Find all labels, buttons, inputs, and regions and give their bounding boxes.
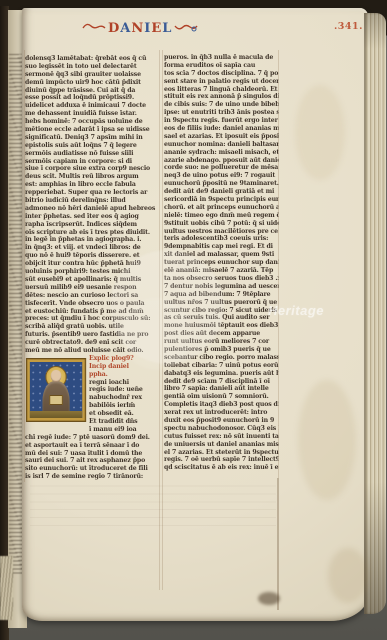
text-line: forma eruditos oī sapīa cau: [164, 62, 278, 70]
text-line: deus scit. Multis reū libros argum: [25, 173, 157, 181]
parchment-stain: [298, 380, 356, 500]
text-line: uultus uestros macilētiores pre ce: [164, 228, 278, 236]
daniel-text-block-left: chī regē iude: 7 ptē uasorū dom9 dei.et …: [25, 434, 157, 481]
text-line: epistolis suis aūt loq̄ns 7 q̄ legere: [25, 142, 157, 150]
text-line: neq3 de uino potus ei9: 7 rogauit: [164, 172, 278, 180]
text-line: azarie abdenago. pposuit aūt daniel ī: [164, 157, 278, 165]
watermark-text: Heritage: [268, 303, 324, 318]
text-line: nabuchodnr̄ rex: [89, 394, 157, 402]
text-line: oīs scripture ab eis ī tres ptes diuidit…: [25, 229, 157, 237]
text-line: demū impūcto uir9 hoc cātū p̄dixit: [25, 79, 157, 87]
text-line: stituit eis rex annonā p̄ singulos die: [164, 93, 278, 101]
text-line: 9dempnabitis cap mei regi. Et di: [164, 243, 278, 251]
text-line: ipse: ut enutriti trib3 ānis postea star…: [164, 109, 278, 117]
parchment-stain: [328, 548, 368, 603]
text-line: dolensq3 lamētabat: q̄rebāt eos q̄ cū: [25, 55, 157, 63]
text-line: eunuchor nomina: danieli baltasar,: [164, 141, 278, 149]
text-line: regis. 7 oē uerbū sapīe 7 intellect9: [164, 456, 278, 464]
ink-blot: [258, 592, 280, 605]
manuscript-photo: DANIEL .341. dolensq3 lamētabat: q̄rebāt…: [0, 0, 387, 640]
pen-flourish-icon: [174, 21, 198, 33]
text-line: libro 7 sapīa: danieli aūt intelle: [164, 385, 278, 393]
text-line: repperiebat. Super qua re lectoris ar: [25, 189, 157, 197]
running-title-letter: A: [120, 21, 131, 36]
text-line: de uniuersis ut daniel ananias misa: [164, 441, 278, 449]
miniature-ground: [30, 411, 82, 418]
text-line: sael et azarias. Et iposuit eis p̄posit9: [164, 133, 278, 141]
text-line: inter p̄phetas. sed īter eos q̄ agiog: [25, 213, 157, 221]
running-title: DANIEL: [82, 17, 198, 37]
text-line: eos litteras 7 linguā chaldeorū. Et 9: [164, 86, 278, 94]
text-line: cutus fuisset rex: nō sūt inuenti tales: [164, 433, 278, 441]
miniature-blue-ground: [30, 362, 82, 418]
text-line: et obsedit eā.: [89, 410, 157, 418]
parchment-stain: [295, 85, 345, 180]
text-line: Et tradidit dn̄s: [89, 418, 157, 426]
text-line: in legē in p̄phetas in agiographa. i.: [25, 236, 157, 244]
text-line: chī regē iude: 7 ptē uasorū dom9 dei.: [25, 434, 157, 442]
text-line: dedit aūt de9 danieli gratiā et mi: [164, 188, 278, 196]
text-line: regni ioachī: [89, 379, 157, 387]
text-line: qd sciscitatus ē ab eis rex: inuē ī eis.: [164, 464, 278, 472]
text-line: sent stare in palatio regis ut doceret: [164, 78, 278, 86]
rubric-line: ppha.: [89, 371, 157, 379]
text-line: diuinū q̄ppe trāsisse. Cui ait q̄ da: [25, 87, 157, 95]
text-line: sermōis audiatisse nō fuisse siīli: [25, 150, 157, 158]
circle-emblem-watermark-icon: [120, 298, 192, 370]
text-line: esse possit ad loq̄ndū prōptissi9.: [25, 94, 157, 102]
page-number: .341.: [334, 21, 363, 32]
miniature-row: Explic plog9?Incip danielppha. regni ioa…: [25, 355, 157, 434]
text-line: 9stituit uobis cibū 7 potū: q̄ si uideri…: [164, 220, 278, 228]
text-line: hebs hominē: 7 occupās uoluīne de: [25, 118, 157, 126]
text-line: est: amphias in libro eccle fabula: [25, 181, 157, 189]
text-line: dedit de9 scīam 7 disciplinā ī oī: [164, 378, 278, 386]
text-line: pueros. in q̄b3 nulla ē macula de: [164, 54, 278, 62]
text-line: eunuchorū p̄positū ne 9taminaret.: [164, 180, 278, 188]
text-line: et asportauit ea ī terrā sēnaar ī do: [25, 442, 157, 450]
pen-flourish-icon: [82, 21, 106, 33]
text-line: tollebat cibaria: 7 uinū potus eorū:: [164, 362, 278, 370]
text-line: sericordiā in 9spectu principis eunu: [164, 196, 278, 204]
text-line: xerat rex ut introducerēt: intro: [164, 409, 278, 417]
text-line: siue ī corpore siue extra corp9 nescio: [25, 165, 157, 173]
text-line: sauri dei sui. 7 ait rex asphanez p̄po: [25, 457, 157, 465]
text-line: regis iude: uen̄e: [89, 386, 157, 394]
text-line: el 7 azarias. Et steterūt in 9spectu: [164, 449, 278, 457]
text-line: de cibis suis: 7 de uino unde bibebat: [164, 101, 278, 109]
text-line: suo legissēt in toto uel delectarēt: [25, 63, 157, 71]
text-line: significatū. Deniq3 7 apsīm mihi in: [25, 134, 157, 142]
text-line: mētione eccle adarāt ī ipsa se uidisse: [25, 126, 157, 134]
historiated-initial-miniature: [26, 358, 86, 422]
text-line: is isrl̄ 7 de semine regio 7 tirānorū:: [25, 473, 157, 481]
running-title-letter: N: [131, 21, 144, 36]
text-line: tos scīa 7 doctos disciplina. 7 q̄ pos: [164, 70, 278, 78]
text-line: dabatq3 eis legumina. pueris aūt hiis: [164, 370, 278, 378]
book-icon: [49, 395, 63, 405]
text-line: mū dei sui: 7 uasa ītulit ī domū the: [25, 450, 157, 458]
running-title-letter: E: [151, 21, 162, 36]
text-line: in 9spectu regis. fuerūt ergo inter: [164, 117, 278, 125]
running-title-letters: DANIEL: [108, 17, 172, 37]
text-line: spectu nabuchodonosor. Cūq3 eis lo: [164, 425, 278, 433]
text-line: bitrio iudiciū derelinq̄ns: illud: [25, 197, 157, 205]
text-line: duxit eos p̄posit9 eunuchorū in 9: [164, 417, 278, 425]
text-line: rapha īscripserūt. Indices siq̄dem: [25, 221, 157, 229]
running-title-letter: L: [162, 21, 172, 36]
text-line: me dehassent inuidiā fuisse īstar.: [25, 110, 157, 118]
text-line: chorū. et ait princeps eunuchorū ad da: [164, 204, 278, 212]
text-line: sermonē q̄q3 sibi grauiter uolaisse: [25, 71, 157, 79]
text-line: Completis itaq3 dieb3 post quos di: [164, 401, 278, 409]
text-line: in q̄nq3: et viij. et vndecī libros: de: [25, 244, 157, 252]
text-line: babilōis ierlm̄: [89, 402, 157, 410]
text-line: corde suo: ne pollueretur de mēsa regis: [164, 164, 278, 172]
text-line: teris adolescentib3 coeuis uris:: [164, 235, 278, 243]
text-line: ananie sydrach: misaeli misach, et: [164, 149, 278, 157]
incipit-text-block: regni ioachīregis iude: uen̄enabuchodnr̄…: [89, 379, 157, 434]
text-line: ī manu ei9 ioa: [89, 426, 157, 434]
page-edges-stack: [364, 13, 386, 614]
text-line: uidelicet adduxa ē inimicaui 7 docte: [25, 102, 157, 110]
text-bleed-through: [30, 484, 276, 526]
text-line: sermōis capiam in corpore: si di: [25, 158, 157, 166]
figure-head: [51, 370, 62, 382]
running-title-letter: D: [108, 21, 120, 36]
text-line: nielē: timeo ego dnm̄ meū regem q̄: [164, 212, 278, 220]
fore-edge-bottom-left: [0, 556, 13, 620]
text-line: eos de filiis iude: daniel ananias mi: [164, 125, 278, 133]
text-line: sito eunuchorū: ut ītroduceret de fili: [25, 465, 157, 473]
parchment-crease: [277, 478, 279, 610]
text-line: admoneo nō hēri danielē apud hebreos: [25, 205, 157, 213]
text-line: gentiā oīm uisionū 7 somniorū.: [164, 393, 278, 401]
